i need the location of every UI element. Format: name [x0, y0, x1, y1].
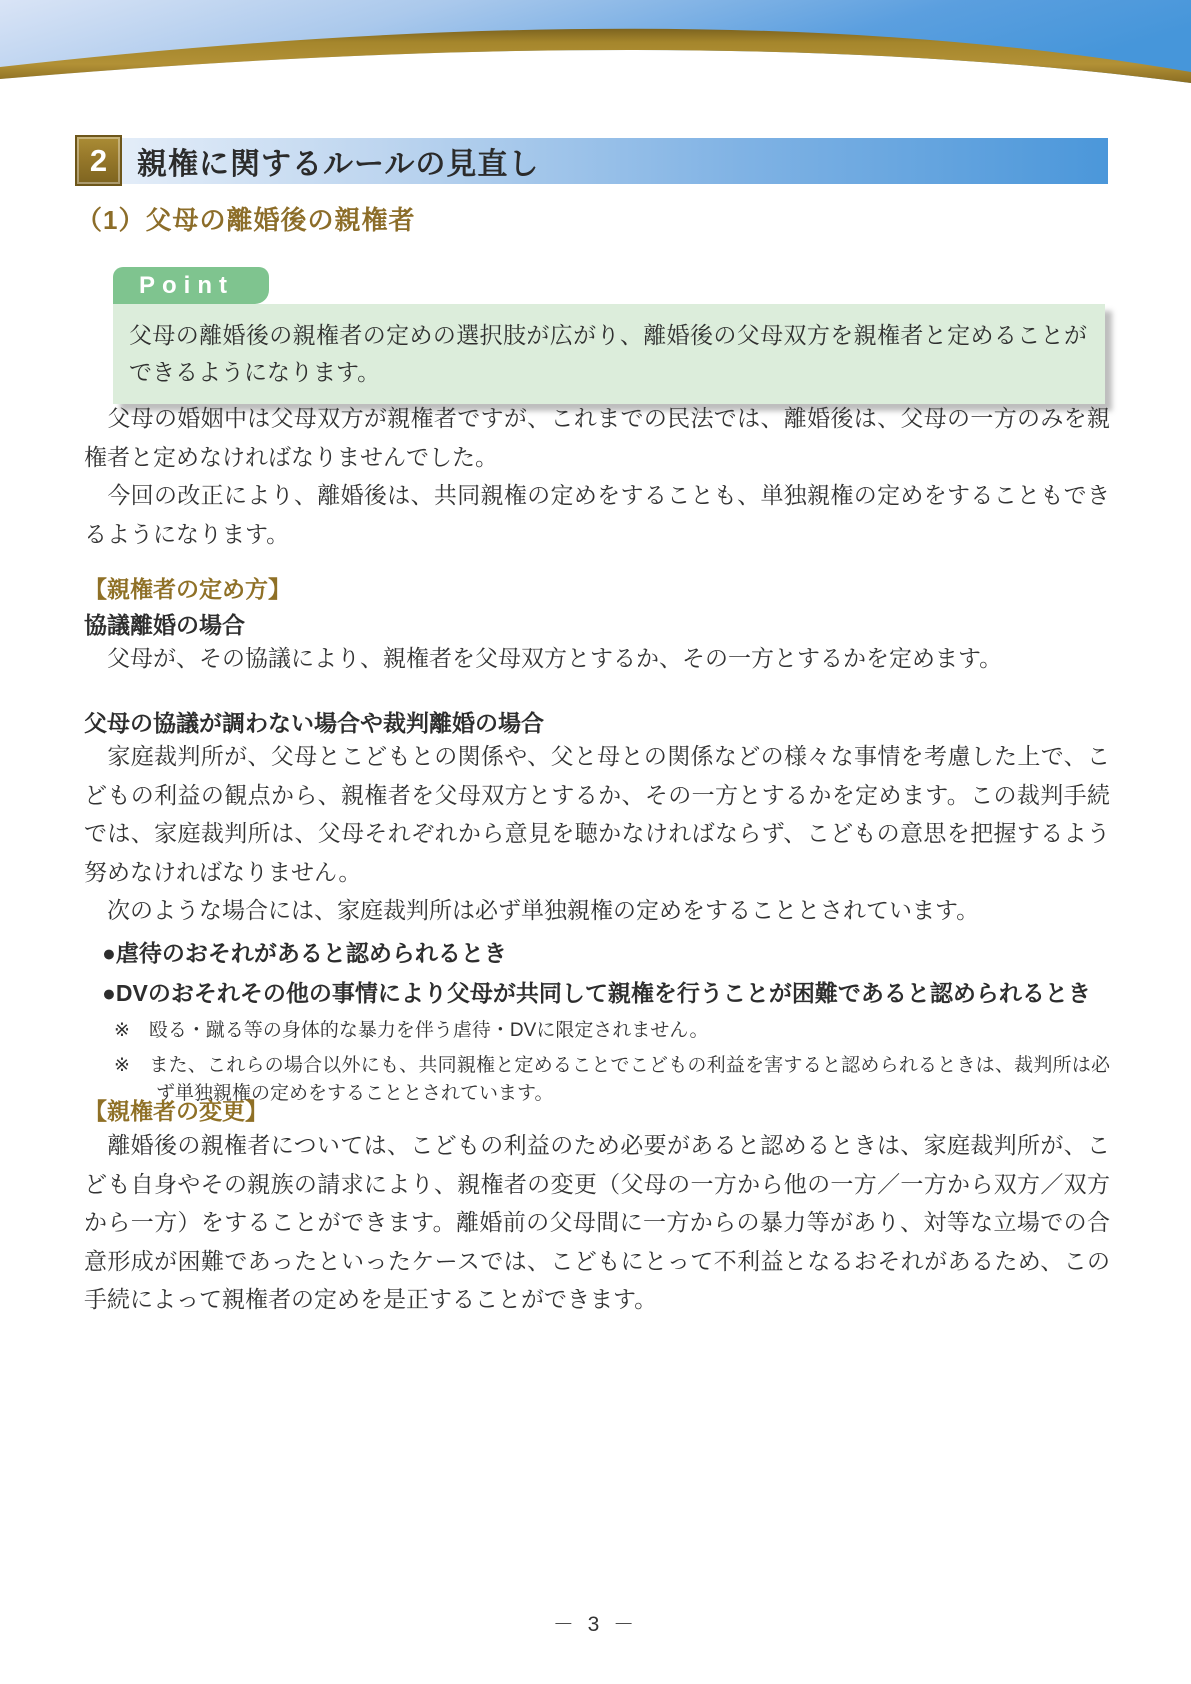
- court-divorce-text: 家庭裁判所が、父母とこどもとの関係や、父と母との関係などの様々な事情を考慮した上…: [84, 737, 1110, 891]
- intro-paragraph-2: 今回の改正により、離婚後は、共同親権の定めをすることも、単独親権の定めをすること…: [84, 476, 1110, 553]
- header-banner: [0, 0, 1191, 100]
- intro-paragraph-1: 父母の婚姻中は父母双方が親権者ですが、これまでの民法では、離婚後は、父母の一方の…: [84, 399, 1110, 476]
- consensual-divorce-text-block: 父母が、その協議により、親権者を父母双方とするか、その一方とするかを定めます。: [84, 639, 1110, 678]
- court-divorce-body: 家庭裁判所が、父母とこどもとの関係や、父と母との関係などの様々な事情を考慮した上…: [84, 737, 1110, 1108]
- sole-custody-bullet-1: ●虐待のおそれがあると認められるとき: [102, 936, 1110, 970]
- document-page: 2 親権に関するルールの見直し （1）父母の離婚後の親権者 Point 父母の離…: [0, 0, 1191, 1684]
- point-tab-label: Point: [113, 267, 269, 304]
- section-title: 親権に関するルールの見直し: [137, 139, 539, 183]
- court-divorce-text2: 次のような場合には、家庭裁判所は必ず単独親権の定めをすることとされています。: [84, 891, 1110, 930]
- footnote-1: ※ 殴る・蹴る等の身体的な暴力を伴う虐待・DVに限定されません。: [114, 1017, 1110, 1045]
- court-divorce-heading: 父母の協議が調わない場合や裁判離婚の場合: [84, 705, 1110, 738]
- header-swoosh-graphic: [0, 0, 1191, 100]
- intro-paragraphs: 父母の婚姻中は父母双方が親権者ですが、これまでの民法では、離婚後は、父母の一方の…: [84, 399, 1110, 553]
- consensual-divorce-text: 父母が、その協議により、親権者を父母双方とするか、その一方とするかを定めます。: [84, 639, 1110, 678]
- subsection-heading: （1）父母の離婚後の親権者: [76, 200, 415, 237]
- section-number-badge: 2: [75, 135, 122, 186]
- change-text-block: 離婚後の親権者については、こどもの利益のため必要があると認めるときは、家庭裁判所…: [84, 1126, 1110, 1319]
- consensual-divorce-heading: 協議離婚の場合: [84, 607, 1110, 640]
- how-to-decide-heading: 【親権者の定め方】: [84, 571, 1110, 604]
- section-header-bar: 2 親権に関するルールの見直し: [75, 138, 1108, 184]
- change-heading: 【親権者の変更】: [84, 1093, 1110, 1126]
- point-callout-box: 父母の離婚後の親権者の定めの選択肢が広がり、離婚後の父母双方を親権者と定めること…: [113, 304, 1105, 404]
- sole-custody-bullet-2: ●DVのおそれその他の事情により父母が共同して親権を行うことが困難であると認めら…: [102, 976, 1110, 1010]
- page-number: － 3 －: [0, 1608, 1191, 1638]
- change-text: 離婚後の親権者については、こどもの利益のため必要があると認めるときは、家庭裁判所…: [84, 1126, 1110, 1319]
